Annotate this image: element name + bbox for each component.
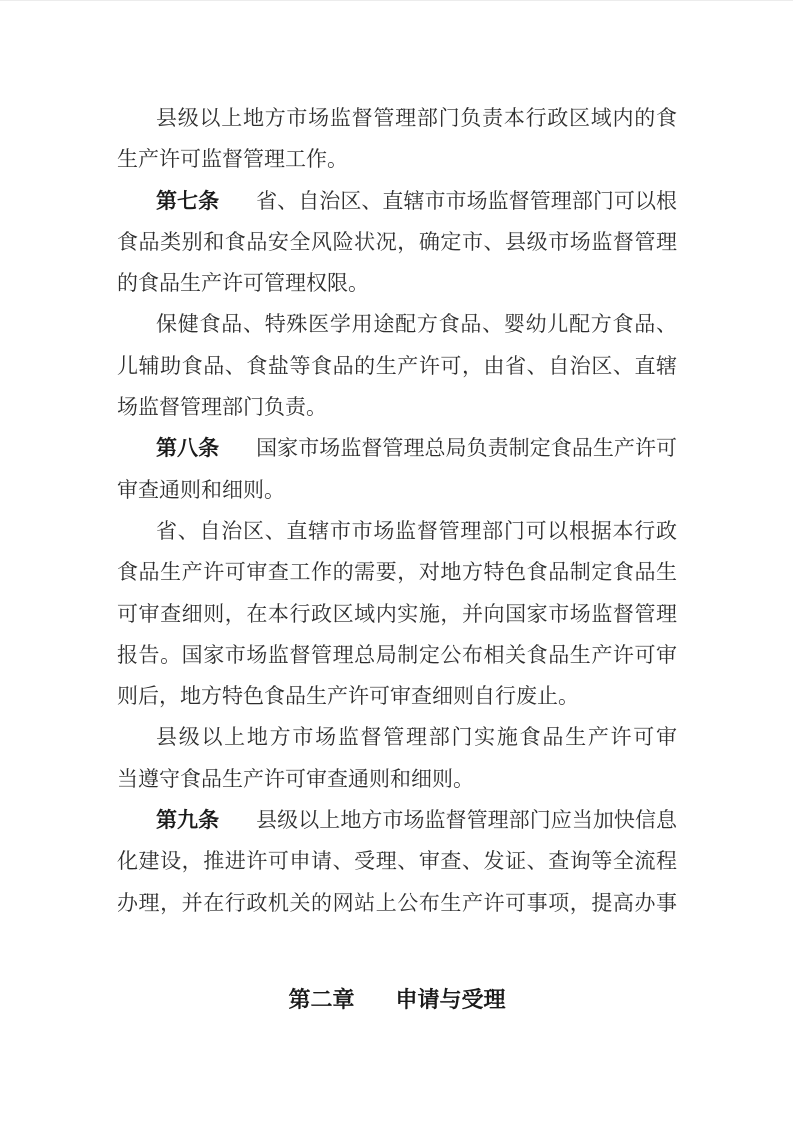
text-line: 省、自治区、直辖市市场监督管理部门可以根据本行政区域 <box>117 511 677 552</box>
text-line: 则后，地方特色食品生产许可审查细则自行废止。 <box>117 676 677 717</box>
chapter-title: 申请与受理 <box>396 987 506 1012</box>
text-line: 生产许可监督管理工作。 <box>117 139 677 180</box>
text-line: 第八条国家市场监督管理总局负责制定食品生产许可 <box>117 428 677 469</box>
text-line: 保健食品、特殊医学用途配方食品、婴幼儿配方食品、婴幼 <box>117 304 677 345</box>
article-8-number: 第八条 <box>156 437 219 460</box>
text-line: 食品类别和食品安全风险状况，确定市、县级市场监督管理部门 <box>117 222 677 263</box>
text-line: 化建设，推进许可申请、受理、审查、发证、查询等全流程网上 <box>117 841 677 882</box>
text-line: 办理，并在行政机关的网站上公布生产许可事项，提高办事效率。 <box>117 883 677 924</box>
line-text: 国家市场监督管理总局负责制定食品生产许可 <box>256 436 677 460</box>
line-text: 县级以上地方市场监督管理部门应当加快信息 <box>256 808 677 832</box>
text-line: 审查通则和细则。 <box>117 470 677 511</box>
text-line: 县级以上地方市场监督管理部门实施食品生产许可审查，应 <box>117 717 677 758</box>
text-line: 的食品生产许可管理权限。 <box>117 263 677 304</box>
text-line: 儿辅助食品、食盐等食品的生产许可，由省、自治区、直辖市市 <box>117 346 677 387</box>
document-body: 县级以上地方市场监督管理部门负责本行政区域内的食品 生产许可监督管理工作。 第七… <box>117 98 677 1020</box>
text-line: 场监督管理部门负责。 <box>117 387 677 428</box>
text-line: 食品生产许可审查工作的需要，对地方特色食品制定食品生产许 <box>117 552 677 593</box>
text-line: 县级以上地方市场监督管理部门负责本行政区域内的食品 <box>117 98 677 139</box>
article-7-number: 第七条 <box>156 190 219 213</box>
text-line: 第七条省、自治区、直辖市市场监督管理部门可以根据 <box>117 181 677 222</box>
chapter-heading: 第二章申请与受理 <box>117 979 677 1020</box>
chapter-number: 第二章 <box>288 987 354 1012</box>
document-page: 县级以上地方市场监督管理部门负责本行政区域内的食品 生产许可监督管理工作。 第七… <box>0 0 793 1122</box>
article-9-number: 第九条 <box>156 809 219 832</box>
text-line: 第九条县级以上地方市场监督管理部门应当加快信息 <box>117 800 677 841</box>
text-line: 可审查细则，在本行政区域内实施，并向国家市场监督管理总局 <box>117 594 677 635</box>
text-line: 报告。国家市场监督管理总局制定公布相关食品生产许可审查细 <box>117 635 677 676</box>
text-line: 当遵守食品生产许可审查通则和细则。 <box>117 759 677 800</box>
